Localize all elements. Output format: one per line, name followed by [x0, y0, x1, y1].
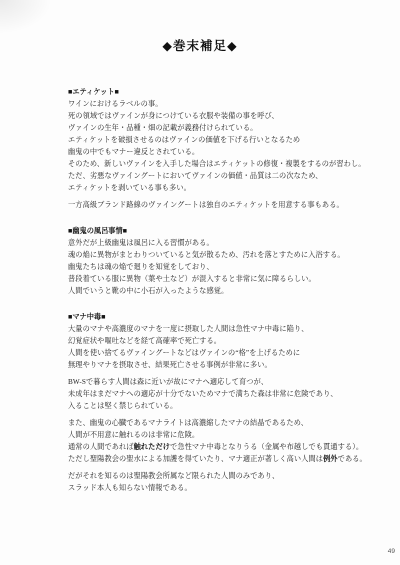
text-line: 一方高級ブランド路線のヴァイングートは独自のエティケットを用意する事もある。	[68, 199, 396, 211]
text-line: 大量のマナや高濃度のマナを一度に摂取した人間は急性マナ中毒に陥り、	[68, 323, 396, 335]
paragraph-block: BW-Sで暮らす人間は森に近いが故にマナへ適応して育つが、未成年はまだマナへの適…	[68, 376, 396, 412]
emphasized-text: 例外	[323, 455, 338, 463]
text-line: 幽鬼たちは魂の焔で廻りを知覚をしており、	[68, 261, 396, 273]
section-2: ■マナ中毒■大量のマナや高濃度のマナを一度に摂取した人間は急性マナ中毒に陥り、幻…	[68, 311, 396, 494]
text-line: 死の領域ではヴァインが身につけている衣服や装備の事を呼び、	[68, 110, 396, 122]
text-line: BW-Sで暮らす人間は森に近いが故にマナへ適応して育つが、	[68, 376, 396, 388]
text-line: 人間を使い捨てるヴァイングートなどはヴァインの“格”を上げるために	[68, 347, 396, 359]
paragraph-block: ワインにおけるラベルの事。死の領域ではヴァインが身につけている衣服や装備の事を呼…	[68, 98, 396, 194]
text-segment: である。	[338, 455, 367, 463]
text-line: だがそれを知るのは聖陽教会所属など限られた人間のみであり、	[68, 470, 396, 482]
section-header: ■エティケット■	[68, 86, 396, 98]
section-header: ■幽鬼の風呂事情■	[68, 225, 396, 237]
text-line: エティケットを破損させるのはヴァインの価値を下げる行いとなるため	[68, 134, 396, 146]
text-line: 幽鬼の中でもマナー違反とされている。	[68, 146, 396, 158]
text-segment: で急性マナ中毒となりうる（金属や布越しでも貫通する）。	[170, 443, 363, 451]
text-line: 人間が不用意に触れるのは非常に危険。	[68, 429, 396, 441]
paragraph-block: 大量のマナや高濃度のマナを一度に摂取した人間は急性マナ中毒に陥り、幻覚症状や嘔吐…	[68, 323, 396, 371]
text-line: ただし聖陽教会の聖水による加護を得ていたり、マナ適正が著しく高い人間は例外である…	[68, 453, 396, 465]
section-0: ■エティケット■ワインにおけるラベルの事。死の領域ではヴァインが身につけている衣…	[68, 86, 396, 211]
scan-shadow	[0, 0, 52, 34]
paragraph-block: また、幽鬼の心臓であるマナライトは高濃縮したマナの結晶であるため、人間が不用意に…	[68, 417, 396, 465]
text-line: 普段着ている服に異物（葉や土など）が混入すると非常に気に障るらしい。	[68, 273, 396, 285]
text-line: 通常の人間であれば触れただけで急性マナ中毒となりうる（金属や布越しでも貫通する）…	[68, 441, 396, 453]
text-line: ワインにおけるラベルの事。	[68, 98, 396, 110]
text-line: 未成年はまだマナへの適応が十分でないためマナで満ちた森は非常に危険であり、	[68, 388, 396, 400]
paragraph-block: 意外だが上級幽鬼は風呂に入る習慣がある。魂の焔に異物がまとわりついていると気が散…	[68, 237, 396, 297]
text-line: また、幽鬼の心臓であるマナライトは高濃縮したマナの結晶であるため、	[68, 417, 396, 429]
page-content: ■エティケット■ワインにおけるラベルの事。死の領域ではヴァインが身につけている衣…	[68, 86, 396, 508]
text-line: ただ、劣悪なヴァイングートにおいてヴァインの価値・品質は二の次なため、	[68, 170, 396, 182]
text-segment: ただし聖陽教会の聖水による加護を得ていたり、マナ適正が著しく高い人間は	[68, 455, 323, 463]
text-line: エティケットを剥いている事も多い。	[68, 182, 396, 194]
page-number: 49	[388, 548, 395, 555]
text-segment: 通常の人間であれば	[68, 443, 134, 451]
section-1: ■幽鬼の風呂事情■意外だが上級幽鬼は風呂に入る習慣がある。魂の焔に異物がまとわり…	[68, 225, 396, 297]
text-line: 幻覚症状や嘔吐などを経て高確率で死亡する。	[68, 335, 396, 347]
section-header: ■マナ中毒■	[68, 311, 396, 323]
text-line: ヴァインの生年・品種・畑の記載が義務付けられている。	[68, 122, 396, 134]
page-title: ◆巻末補足◆	[0, 36, 400, 54]
text-line: そのため、新しいヴァインを入手した場合はエティケットの修復・複製をするのが習わし…	[68, 158, 396, 170]
emphasized-text: 触れただけ	[134, 443, 170, 451]
document-page: ◆巻末補足◆ ■エティケット■ワインにおけるラベルの事。死の領域ではヴァインが身…	[0, 0, 400, 565]
paragraph-block: 一方高級ブランド路線のヴァイングートは独自のエティケットを用意する事もある。	[68, 199, 396, 211]
text-line: 意外だが上級幽鬼は風呂に入る習慣がある。	[68, 237, 396, 249]
text-line: 魂の焔に異物がまとわりついていると気が散るため、汚れを落とすために入浴する。	[68, 249, 396, 261]
text-line: 入ることは堅く禁じられている。	[68, 400, 396, 412]
text-line: スラッド本人も知らない情報である。	[68, 482, 396, 494]
text-line: 無理やりマナを摂取させ、結果死亡させる事例が非常に多い。	[68, 359, 396, 371]
text-line: 人間でいうと靴の中に小石が入ったような感覚。	[68, 285, 396, 297]
paragraph-block: だがそれを知るのは聖陽教会所属など限られた人間のみであり、スラッド本人も知らない…	[68, 470, 396, 494]
